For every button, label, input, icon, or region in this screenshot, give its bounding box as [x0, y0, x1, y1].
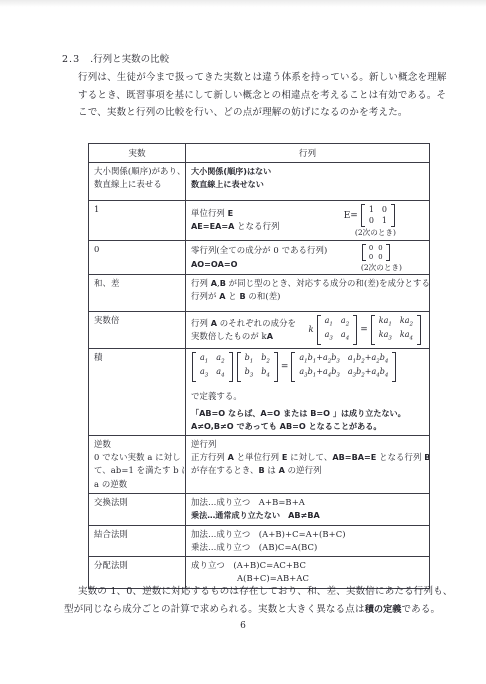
text: 成り立つ (A+B)C=AC+BC: [191, 560, 306, 570]
real-number-cell: 結合法則: [89, 525, 186, 556]
text: 逆数: [94, 439, 111, 449]
text: 加法…成り立つ A+B=B+A: [191, 497, 305, 507]
intro-line: こで、実数と行列の比較を行い、どの点が理解の妨げになるのかを考えた。: [78, 104, 438, 122]
matrix-entry: a1: [325, 316, 333, 330]
intro-line: 行列は、生徒が今まで扱ってきた実数とは違う体系を持っている。新しい概念を理解: [78, 69, 438, 87]
text: 型が同じなら成分ごとの計算で求められる。実数と大きく異なる点は: [64, 604, 365, 615]
emphasized-text: A≠O,B≠O であっても AB=O となることがある。: [191, 421, 381, 431]
emphasized-text: AB=BA=E: [332, 452, 376, 462]
table-text-line: 乗法…成り立つ (AB)C=A(BC): [191, 541, 424, 554]
matrix-entry: b1: [245, 353, 254, 367]
table-text-line: 交換法則: [94, 496, 180, 509]
table-text-line: 成り立つ (A+B)C=AC+BC: [191, 559, 424, 572]
text: が存在するとき、: [191, 465, 258, 475]
table-text-line: 乗法…通常成り立たない AB≠BA: [191, 509, 424, 522]
table-row: 交換法則加法…成り立つ A+B=B+A乗法…通常成り立たない AB≠BA: [89, 493, 430, 525]
cell-columns: 単位行列 EAE=EA=A となる行列E=1001(2次のとき): [191, 203, 424, 237]
cell-column: 0000(2次のとき): [361, 243, 402, 272]
table-text-line: 「AB=O ならば、A=O または B=O 」は成り立たない。: [191, 407, 424, 420]
text: 積: [94, 352, 102, 362]
math-formula: E=1001(2次のとき): [344, 203, 396, 237]
emphasized-text: 乗法…通常成り立たない AB≠BA: [191, 510, 320, 520]
matrix-entry: 0: [369, 244, 373, 253]
text: 0 でない実数 a に対し: [94, 452, 181, 462]
emphasized-text: 「AB=O ならば、A=O または B=O 」は成り立たない。: [191, 408, 406, 418]
text: の逆行列: [285, 465, 322, 475]
table-text-line: 大小関係(順序)があり、: [94, 165, 180, 178]
text: に対して、: [287, 452, 332, 462]
emphasized-text: AE=EA=A: [191, 221, 234, 231]
text: となる行列: [376, 452, 424, 462]
table-row: 積a1a2a3a4b1b2b3b4=a1b1+a2b3a1b2+a2b4a3b1…: [89, 349, 430, 436]
emphasized-text: 数直線上に表せない: [191, 179, 264, 189]
table-text-line: A≠O,B≠O であっても AB=O となることがある。: [191, 420, 424, 433]
text: て、ab=1 を満たす b は: [94, 465, 186, 475]
real-number-cell: 実数倍: [89, 312, 186, 349]
real-number-cell: 交換法則: [89, 493, 186, 525]
dimension-note: (2次のとき): [361, 263, 402, 272]
table-text-line: 実数倍: [94, 314, 180, 327]
matrix-entry: a1b1+a2b3: [299, 353, 340, 367]
matrix-entry: ka4: [400, 330, 413, 344]
matrix-entry: a3b2+a4b4: [348, 367, 389, 381]
text: 逆行列: [191, 439, 216, 449]
table-text-line: が存在するとき、B は A の逆行列: [191, 464, 424, 477]
matrix-cell: a1a2a3a4b1b2b3b4=a1b1+a2b3a1b2+a2b4a3b1+…: [186, 349, 430, 436]
table-text-line: 単位行列 E: [191, 207, 280, 220]
section-title: .行列と実数の比較: [90, 54, 169, 65]
matrix-entry: a1: [200, 353, 208, 367]
real-number-cell: 0: [89, 241, 186, 275]
math-formula: a1a2a3a4b1b2b3b4=a1b1+a2b3a1b2+a2b4a3b1+…: [191, 351, 397, 384]
emphasized-text: B: [424, 452, 429, 462]
cell-columns: 零行列(全ての成分が 0 である行列)AO=OA=O0000(2次のとき): [191, 243, 424, 272]
table-text-line: 逆数: [94, 438, 180, 451]
text: 実数の 1、0、逆数に対応するものは存在しており、和、差、実数倍にあたる行列も、: [78, 586, 453, 597]
table-text-line: 行列 A,B が同じ型のとき、対応する成分の和(差)を成分とする: [191, 277, 424, 290]
table-text-line: 結合法則: [94, 528, 180, 541]
table-text-line: a の逆数: [94, 478, 180, 491]
text: 行列: [191, 278, 211, 288]
matrix-entry: 0: [369, 253, 373, 262]
comparison-table: 実数 行列 大小関係(順序)があり、数直線上に表せる大小関係(順序)はない数直線…: [88, 143, 430, 589]
matrix-entry: a4: [341, 330, 349, 344]
table-row: 大小関係(順序)があり、数直線上に表せる大小関係(順序)はない数直線上に表せない: [89, 163, 430, 201]
table-text-line: 大小関係(順序)はない: [191, 165, 424, 178]
matrix-entry: 1: [369, 205, 374, 216]
real-number-cell: 和、差: [89, 275, 186, 312]
text: の和(差): [246, 291, 281, 301]
emphasized-text: A: [267, 331, 273, 341]
matrix-notation: 1001: [361, 204, 395, 227]
text: のそれぞれの成分を: [217, 318, 296, 328]
text: となる行列: [234, 221, 279, 231]
closing-paragraph: 実数の 1、0、逆数に対応するものは存在しており、和、差、実数倍にあたる行列も、…: [64, 583, 446, 618]
text: 行列: [191, 318, 211, 328]
matrix-cell: 大小関係(順序)はない数直線上に表せない: [186, 163, 430, 201]
math-formula: 0000(2次のとき): [361, 243, 402, 272]
text: 単位行列: [191, 208, 228, 218]
matrix-entry: 0: [378, 253, 382, 262]
text: が同じ型のとき、対応する成分の和(差)を成分とする: [226, 278, 430, 288]
table-row: 和、差行列 A,B が同じ型のとき、対応する成分の和(差)を成分とする行列が A…: [89, 275, 430, 312]
text: 大小関係(順序)があり、: [94, 166, 185, 176]
matrix-entry: 0: [369, 216, 374, 227]
text: 加法…成り立つ (A+B)+C=A+(B+C): [191, 529, 346, 539]
matrix-notation: a1a2a3a4: [317, 315, 358, 345]
emphasized-text: 積の定義: [365, 604, 402, 615]
intro-line: するとき、既習事項を基にして新しい概念との相違点を考えることは有効である。そ: [78, 87, 438, 105]
table-text-line: 行列が A と B の和(差): [191, 290, 424, 303]
matrix-entry: a3: [200, 367, 208, 381]
matrix-entry: 1: [382, 216, 387, 227]
table-row: 結合法則加法…成り立つ (A+B)+C=A+(B+C)乗法…成り立つ (AB)C…: [89, 525, 430, 556]
text: A(B+C)=AB+AC: [237, 573, 309, 583]
text: 実数倍したものが k: [191, 331, 267, 341]
matrix-entry: 0: [382, 205, 387, 216]
table-text-line: 行列 A のそれぞれの成分を: [191, 317, 296, 330]
emphasized-text: E: [228, 208, 234, 218]
cell-column: E=1001(2次のとき): [344, 203, 396, 237]
header-matrices: 行列: [186, 144, 430, 163]
matrix-notation: a1a2a3a4: [192, 352, 233, 382]
table-text-line: 0: [94, 243, 180, 256]
text: で定義する。: [191, 391, 242, 401]
table-header-row: 実数 行列: [89, 144, 430, 163]
document-page: 2.3.行列と実数の比較 行列は、生徒が今まで扱ってきた実数とは違う体系を持って…: [0, 0, 486, 684]
text: 1: [94, 204, 99, 214]
text: である。: [401, 604, 440, 615]
table-text-line: AE=EA=A となる行列: [191, 220, 280, 233]
matrix-entry: ka1: [379, 316, 392, 330]
page-number: 6: [0, 621, 486, 631]
real-number-cell: 1: [89, 201, 186, 241]
matrix-entry: ka3: [379, 330, 392, 344]
formula-text: =: [281, 362, 289, 372]
text: 結合法則: [94, 529, 128, 539]
text: 交換法則: [94, 497, 128, 507]
matrix-cell: 行列 A のそれぞれの成分を実数倍したものが kAka1a2a3a4=ka1ka…: [186, 312, 430, 349]
text: 和、差: [94, 278, 119, 288]
table-row: 1単位行列 EAE=EA=A となる行列E=1001(2次のとき): [89, 201, 430, 241]
text: a の逆数: [94, 479, 127, 489]
emphasized-text: AO=OA=O: [191, 259, 238, 269]
matrix-notation: 0000: [362, 244, 390, 261]
matrix-cell: 零行列(全ての成分が 0 である行列)AO=OA=O0000(2次のとき): [186, 241, 430, 275]
text: 乗法…成り立つ (AB)C=A(BC): [191, 542, 317, 552]
matrix-entry: a3b1+a4b3: [299, 367, 340, 381]
matrix-cell: 単位行列 EAE=EA=A となる行列E=1001(2次のとき): [186, 201, 430, 241]
text: 分配法則: [94, 560, 128, 570]
table-text-line: 零行列(全ての成分が 0 である行列): [191, 244, 327, 257]
dimension-note: (2次のとき): [344, 228, 396, 237]
table-text-line: 数直線上に表せない: [191, 178, 424, 191]
cell-column: 零行列(全ての成分が 0 である行列)AO=OA=O: [191, 244, 327, 270]
table-text-line: て、ab=1 を満たす b は: [94, 464, 180, 477]
math-formula: ka1a2a3a4=ka1ka2ka3ka4: [308, 314, 422, 346]
table-text-line: 和、差: [94, 277, 180, 290]
matrix-entry: 0: [378, 244, 382, 253]
cell-column: 単位行列 EAE=EA=A となる行列: [191, 207, 280, 233]
matrix-entry: a4: [216, 367, 224, 381]
real-number-cell: 逆数0 でない実数 a に対して、ab=1 を満たす b はa の逆数: [89, 435, 186, 493]
matrix-cell: 逆行列正方行列 A と単位行列 E に対して、AB=BA=E となる行列 Bが存…: [186, 435, 430, 493]
text: 零行列(全ての成分が 0 である行列): [191, 245, 327, 255]
section-number: 2.3: [62, 54, 80, 65]
matrix-entry: a1b2+a2b4: [348, 353, 389, 367]
emphasized-text: 大小関係(順序)はない: [191, 166, 271, 176]
table-row: 0零行列(全ての成分が 0 である行列)AO=OA=O0000(2次のとき): [89, 241, 430, 275]
matrix-entry: b4: [261, 367, 270, 381]
matrix-cell: 行列 A,B が同じ型のとき、対応する成分の和(差)を成分とする行列が A と …: [186, 275, 430, 312]
table-text-line: 積: [94, 351, 180, 364]
matrix-cell: 加法…成り立つ A+B=B+A乗法…通常成り立たない AB≠BA: [186, 493, 430, 525]
intro-paragraph: 行列は、生徒が今まで扱ってきた実数とは違う体系を持っている。新しい概念を理解 す…: [78, 69, 438, 122]
matrix-cell: 加法…成り立つ (A+B)+C=A+(B+C)乗法…成り立つ (AB)C=A(B…: [186, 525, 430, 556]
table-text-line: 正方行列 A と単位行列 E に対して、AB=BA=E となる行列 B: [191, 451, 424, 464]
closing-line: 実数の 1、0、逆数に対応するものは存在しており、和、差、実数倍にあたる行列も、: [64, 583, 446, 601]
formula-text: =: [360, 325, 368, 335]
table-text-line: AO=OA=O: [191, 258, 327, 271]
text: 数直線上に表せる: [94, 179, 162, 189]
section-heading: 2.3.行列と実数の比較: [62, 51, 169, 65]
text: と単位行列: [234, 452, 282, 462]
table-text-line: 0 でない実数 a に対し: [94, 451, 180, 464]
text: と: [225, 291, 239, 301]
table-text-line: 分配法則: [94, 559, 180, 572]
table-row: 逆数0 でない実数 a に対して、ab=1 を満たす b はa の逆数逆行列正方…: [89, 435, 430, 493]
closing-line: 型が同じなら成分ごとの計算で求められる。実数と大きく異なる点は積の定義である。: [64, 601, 446, 619]
cell-column: ka1a2a3a4=ka1ka2ka3ka4: [308, 314, 422, 346]
real-number-cell: 大小関係(順序)があり、数直線上に表せる: [89, 163, 186, 201]
matrix-entry: ka2: [400, 316, 413, 330]
cell-columns: 行列 A のそれぞれの成分を実数倍したものが kAka1a2a3a4=ka1ka…: [191, 314, 424, 346]
cell-column: 行列 A のそれぞれの成分を実数倍したものが kA: [191, 317, 296, 343]
matrix-notation: ka1ka2ka3ka4: [371, 315, 421, 345]
table-row: 実数倍行列 A のそれぞれの成分を実数倍したものが kAka1a2a3a4=ka…: [89, 312, 430, 349]
matrix-entry: a3: [325, 330, 333, 344]
matrix-notation: a1b1+a2b3a1b2+a2b4a3b1+a4b3a3b2+a4b4: [291, 352, 396, 382]
text: 0: [94, 244, 99, 254]
matrix-entry: b3: [245, 367, 254, 381]
table-text-line: 数直線上に表せる: [94, 178, 180, 191]
text: 正方行列: [191, 452, 228, 462]
matrix-notation: b1b2b3b4: [237, 352, 278, 382]
text: 行列が: [191, 291, 219, 301]
text: は: [265, 465, 279, 475]
table-text-line: で定義する。: [191, 390, 424, 403]
table-text-line: 実数倍したものが kA: [191, 330, 296, 343]
text: 実数倍: [94, 315, 119, 325]
table-text-line: 加法…成り立つ A+B=B+A: [191, 496, 424, 509]
matrix-entry: a2: [216, 353, 224, 367]
table-text-line: 1: [94, 203, 180, 216]
formula-text: k: [308, 325, 313, 335]
table-text-line: 逆行列: [191, 438, 424, 451]
table-text-line: 加法…成り立つ (A+B)+C=A+(B+C): [191, 528, 424, 541]
matrix-entry: a2: [341, 316, 349, 330]
formula-text: E=: [344, 211, 358, 221]
header-real-numbers: 実数: [89, 144, 186, 163]
real-number-cell: 積: [89, 349, 186, 436]
matrix-entry: b2: [261, 353, 270, 367]
